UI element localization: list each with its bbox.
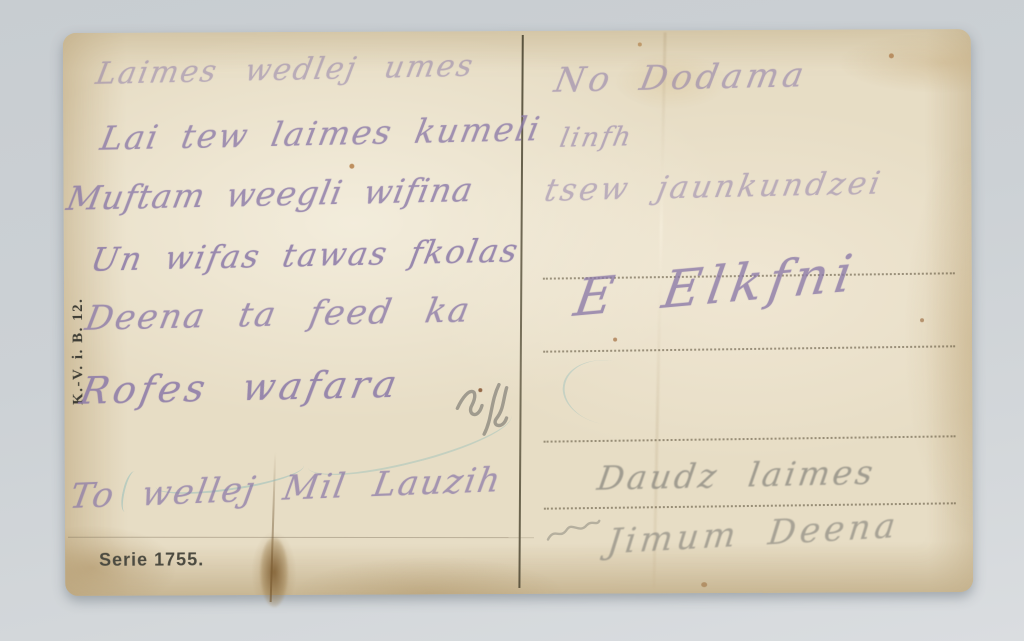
photo-background: K.-V. i. B. 12. Serie 1755. Laimes wedle… — [0, 0, 1024, 641]
handwriting-line: Deena ta feed ka — [82, 291, 474, 339]
postcard-back: K.-V. i. B. 12. Serie 1755. Laimes wedle… — [63, 29, 973, 596]
handwriting-line: Lai tew laimes kumeli — [97, 109, 544, 158]
address-dotted-line — [543, 345, 955, 352]
printed-baseline — [68, 537, 534, 538]
stain-speck — [920, 318, 924, 322]
pencil-scribble — [444, 372, 526, 463]
handwriting-line: tsew jaunkundzei — [542, 166, 886, 209]
address-dotted-line — [544, 435, 956, 442]
stain-speck — [889, 53, 894, 58]
handwriting-line: No Dodama — [551, 55, 811, 101]
handwritten-signature: E Elkfni — [570, 243, 862, 328]
stain-speck — [613, 338, 617, 342]
pencil-scribble — [541, 506, 605, 552]
faint-pencil-mark — [558, 353, 660, 432]
pencil-note-line: Jimum Deena — [605, 506, 901, 562]
handwriting-line: linfh — [557, 121, 635, 154]
handwriting-line: Muftam weegli wifina — [64, 170, 477, 218]
stain — [260, 537, 288, 607]
handwriting-line: Laimes wedlej umes — [93, 49, 477, 92]
pencil-note-line: Daudz laimes — [595, 453, 879, 498]
handwriting-line: To wellej Mil Lauzih — [67, 460, 505, 517]
handwriting-line: Rofes wafara — [76, 362, 404, 413]
series-label: Serie 1755. — [99, 549, 204, 570]
stain-speck — [701, 582, 707, 587]
stain-speck — [349, 164, 354, 169]
handwriting-line: Un wifas tawas fkolas — [88, 232, 523, 279]
stain-speck — [638, 42, 642, 46]
